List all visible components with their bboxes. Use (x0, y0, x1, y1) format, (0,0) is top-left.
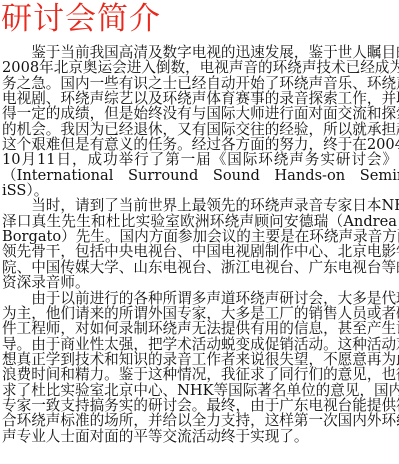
paragraph-1: 鉴于当前我国高清及数字电视的迅速发展，鉴于世人瞩目的 2008年北京奥运会进入倒… (2, 45, 397, 198)
text-line: 求了杜比实验室北京中心、NHK等国际著名单位的意见，国内外的 (2, 383, 397, 398)
article-body: 鉴于当前我国高清及数字电视的迅速发展，鉴于世人瞩目的 2008年北京奥运会进入倒… (2, 45, 397, 444)
text-line: 泽口真生先生和杜比实验室欧洲环绕声顾问安德瑞（Andrea (2, 214, 397, 229)
paragraph-2: 当时，请到了当前世界上最领先的环绕声录音专家日本NHK的 泽口真生先生和杜比实验… (2, 198, 397, 290)
text-line: 浪费时间和精力。鉴于这种情况，我征求了同行们的意见，也征 (2, 367, 397, 382)
text-line: 由于以前进行的各种所谓多声道环绕声研讨会，大多是代理商 (2, 291, 397, 306)
text-line: 10月11日，成功举行了第一届《国际环绕声务实研讨会》 (2, 152, 397, 167)
text-line: 声专业人士面对面的平等交流活动终于实现了。 (2, 429, 397, 444)
text-line: 领先骨干，包括中央电视台、中国电视剧制作中心、北京电影学 (2, 244, 397, 259)
text-line: 2008年北京奥运会进入倒数，电视声音的环绕声技术已经成为当 (2, 60, 397, 75)
text-line: 想真正学到技术和知识的录音工作者来说很失望，不愿意再为此 (2, 352, 397, 367)
text-line: 件工程师，对如何录制环绕声无法提供有用的信息，甚至产生误 (2, 321, 397, 336)
text-line: 得一定的成绩，但是始终没有与国际大师进行面对面交流和探索 (2, 106, 397, 121)
text-line: 专家一致支持搞务实的研讨会。最终，由于广东电视台能提供符 (2, 398, 397, 413)
text-line: 的机会。我因为已经退休，又有国际交往的经验，所以就承担起 (2, 122, 397, 137)
text-line: 院、中国传媒大学、山东电视台、浙江电视台、广东电视台等的 (2, 260, 397, 275)
text-line: 为主，他们请来的所谓外国专家，大多是工厂的销售人员或者硬 (2, 306, 397, 321)
paragraph-3: 由于以前进行的各种所谓多声道环绕声研讨会，大多是代理商 为主，他们请来的所谓外国… (2, 291, 397, 444)
page-title: 研讨会简介 (1, 0, 161, 38)
text-line: 资深录音师。 (2, 275, 397, 290)
text-line: 导。由于商业性太强，把学术活动蜕变成促销活动。这种活动对 (2, 337, 397, 352)
text-line: （International Surround Sound Hands-on S… (2, 168, 397, 183)
text-line: 务之急。国内一些有识之士已经自动开始了环绕声音乐、环绕声 (2, 76, 397, 91)
text-line: 合环绕声标准的场所，并给以全力支持，这样第一次国内外环绕 (2, 413, 397, 428)
text-line: 当时，请到了当前世界上最领先的环绕声录音专家日本NHK的 (2, 198, 397, 213)
